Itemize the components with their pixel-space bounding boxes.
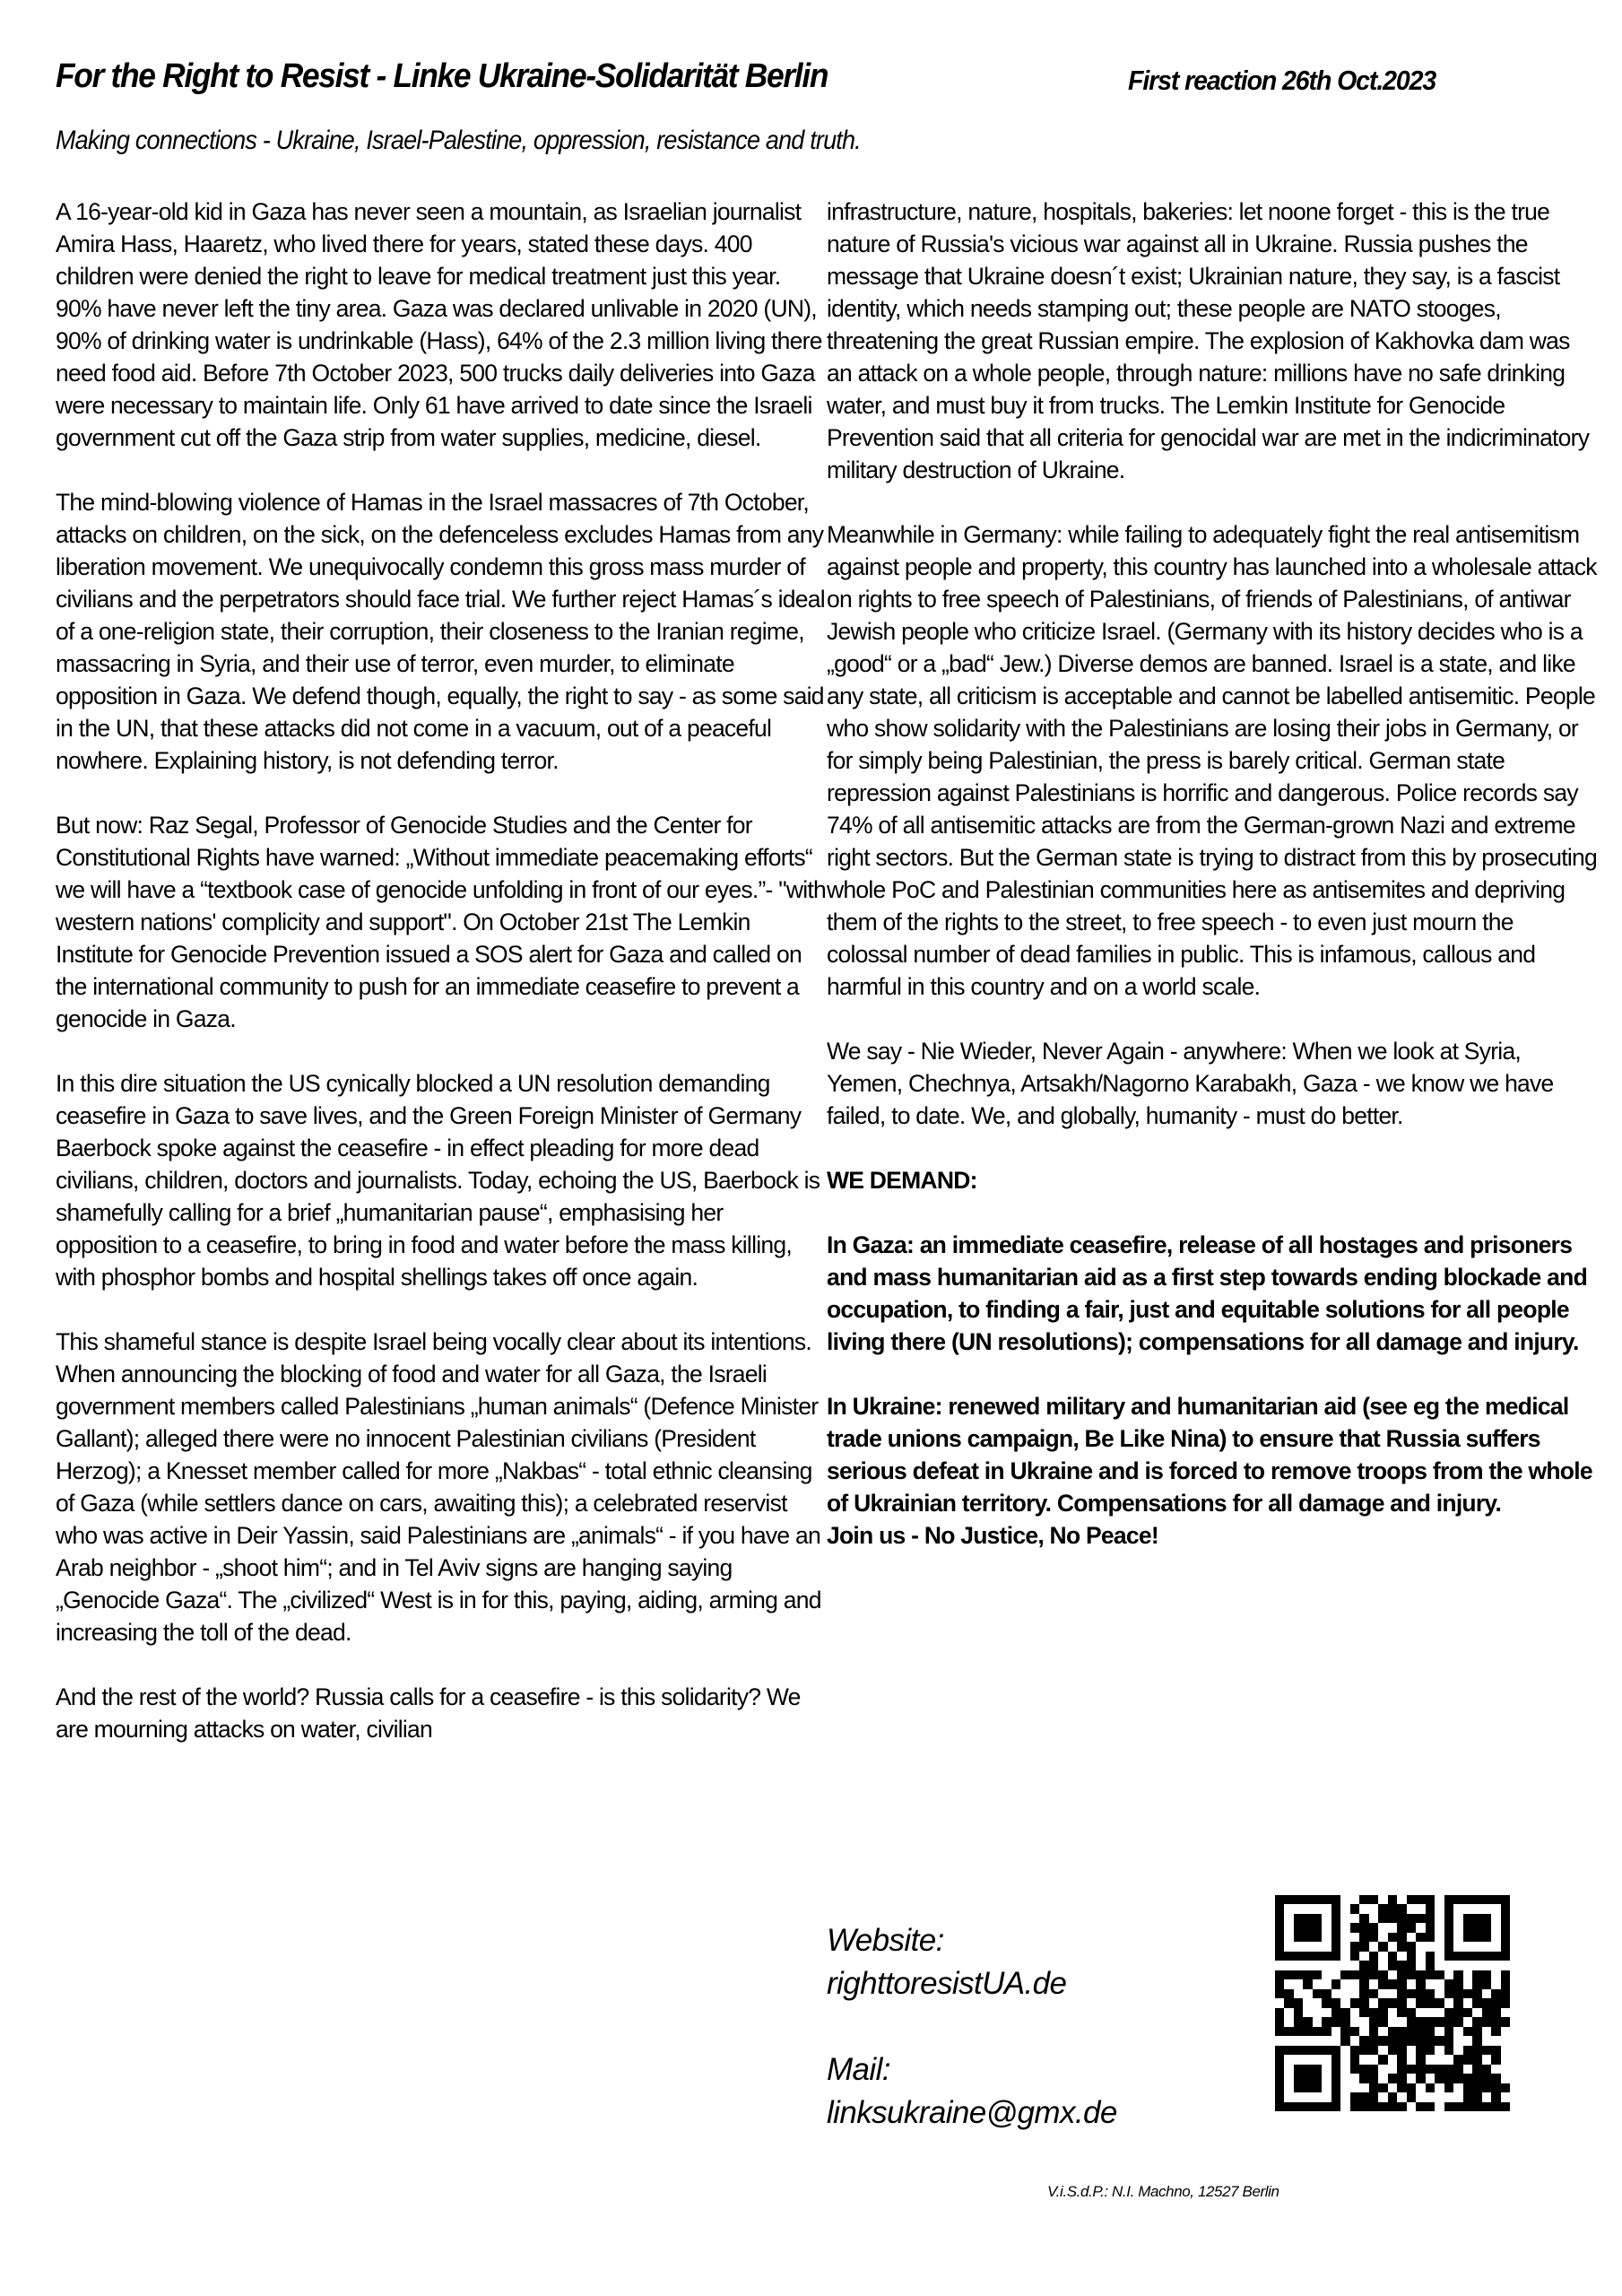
qr-module [1397, 1979, 1406, 1988]
qr-module [1369, 2083, 1378, 2092]
paragraph-russia-war: infrastructure, nature, hospitals, baker… [827, 196, 1598, 486]
qr-module [1378, 2027, 1387, 2036]
qr-module [1416, 2074, 1425, 2083]
qr-module [1472, 1933, 1481, 1942]
publication-date: First reaction 26th Oct.2023 [1128, 65, 1436, 97]
qr-module [1453, 2111, 1462, 2120]
qr-module [1284, 1942, 1293, 1951]
qr-module [1501, 2102, 1510, 2111]
qr-module [1482, 2008, 1491, 2017]
mail-link[interactable]: linksukraine@gmx.de [827, 2092, 1117, 2135]
qr-module [1388, 1952, 1397, 1961]
qr-module [1472, 1961, 1481, 1970]
page-subtitle: Making connections - Ukraine, Israel-Pal… [56, 126, 861, 156]
qr-module [1331, 2017, 1340, 2026]
qr-module [1275, 1914, 1284, 1923]
qr-module [1350, 2102, 1359, 2111]
qr-module [1463, 2083, 1472, 2092]
qr-module [1313, 2092, 1322, 2101]
qr-module [1444, 2074, 1453, 2083]
qr-module [1453, 2055, 1462, 2064]
qr-module [1303, 1933, 1312, 1942]
qr-module [1378, 2121, 1387, 2130]
qr-module [1350, 2083, 1359, 2092]
qr-module [1284, 2055, 1293, 2064]
qr-module [1284, 1979, 1293, 1988]
qr-module [1482, 1979, 1491, 1988]
qr-module [1359, 2092, 1368, 2101]
qr-module [1491, 2121, 1500, 2130]
qr-module [1463, 1904, 1472, 1913]
qr-module [1482, 1942, 1491, 1951]
qr-module [1303, 1923, 1312, 1932]
demand-ukraine: In Ukraine: renewed military and humanit… [827, 1390, 1598, 1519]
qr-module [1294, 1904, 1303, 1913]
qr-module [1463, 1933, 1472, 1942]
qr-module [1378, 2055, 1387, 2064]
qr-module [1435, 2046, 1444, 2055]
qr-module [1397, 2074, 1406, 2083]
qr-module [1369, 2027, 1378, 2036]
qr-module [1359, 1970, 1368, 1979]
qr-module [1388, 1989, 1397, 1998]
qr-module [1369, 2008, 1378, 2017]
qr-module [1369, 1952, 1378, 1961]
qr-module [1359, 2083, 1368, 2092]
qr-module [1501, 2111, 1510, 2120]
qr-module [1426, 1998, 1435, 2007]
qr-module [1453, 2102, 1462, 2111]
qr-module [1378, 2046, 1387, 2055]
qr-module [1378, 2065, 1387, 2074]
qr-module [1313, 2074, 1322, 2083]
qr-module [1472, 1923, 1481, 1932]
qr-module [1416, 2065, 1425, 2074]
qr-module [1340, 1952, 1349, 1961]
qr-module [1482, 1914, 1491, 1923]
qr-module [1378, 1942, 1387, 1951]
qr-module [1501, 2092, 1510, 2101]
qr-module [1303, 1979, 1312, 1988]
qr-module [1284, 2092, 1293, 2101]
qr-module [1350, 1952, 1359, 1961]
qr-module [1407, 2065, 1416, 2074]
qr-module [1491, 2046, 1500, 2055]
qr-module [1369, 2121, 1378, 2130]
qr-module [1369, 2092, 1378, 2101]
qr-module [1453, 2074, 1462, 2083]
qr-module [1472, 2065, 1481, 2074]
qr-module [1463, 2027, 1472, 2036]
qr-module [1388, 2121, 1397, 2130]
qr-module [1501, 2008, 1510, 2017]
qr-module [1444, 2027, 1453, 2036]
qr-module [1340, 1904, 1349, 1913]
qr-module [1359, 1904, 1368, 1913]
qr-module [1350, 2074, 1359, 2083]
qr-module [1275, 1895, 1284, 1904]
qr-module [1444, 2065, 1453, 2074]
qr-module [1378, 2036, 1387, 2045]
qr-module [1369, 1998, 1378, 2007]
qr-module [1472, 1952, 1481, 1961]
qr-module [1322, 1933, 1331, 1942]
contact-block: Website: righttoresistUA.de Mail: linksu… [827, 1919, 1117, 2135]
closing-slogan: Join us - No Justice, No Peace! [827, 1519, 1598, 1552]
qr-module [1472, 2036, 1481, 2045]
qr-module [1369, 2111, 1378, 2120]
qr-module [1491, 2092, 1500, 2101]
qr-module [1397, 2017, 1406, 2026]
qr-module [1322, 2046, 1331, 2055]
qr-module [1453, 1998, 1462, 2007]
qr-module [1340, 2083, 1349, 2092]
qr-module [1426, 2065, 1435, 2074]
qr-module [1388, 1961, 1397, 1970]
qr-module [1435, 2008, 1444, 2017]
qr-module [1284, 1952, 1293, 1961]
qr-module [1331, 2111, 1340, 2120]
qr-module [1340, 2036, 1349, 2045]
qr-module [1407, 1979, 1416, 1988]
qr-module [1331, 2065, 1340, 2074]
qr-module [1472, 2074, 1481, 2083]
qr-module [1435, 1933, 1444, 1942]
qr-module [1472, 1914, 1481, 1923]
qr-module [1407, 1923, 1416, 1932]
qr-module [1463, 1998, 1472, 2007]
qr-module [1472, 2046, 1481, 2055]
qr-module [1378, 1904, 1387, 1913]
qr-module [1322, 1979, 1331, 1988]
qr-module [1350, 1914, 1359, 1923]
qr-module [1275, 2027, 1284, 2036]
qr-module [1388, 1904, 1397, 1913]
qr-module [1397, 1904, 1406, 1913]
qr-module [1294, 1923, 1303, 1932]
qr-module [1463, 2102, 1472, 2111]
qr-module [1426, 2121, 1435, 2130]
qr-module [1407, 1942, 1416, 1951]
qr-module [1284, 2065, 1293, 2074]
qr-module [1275, 2074, 1284, 2083]
qr-module [1294, 1952, 1303, 1961]
qr-module [1322, 1998, 1331, 2007]
qr-module [1416, 1895, 1425, 1904]
qr-module [1463, 1914, 1472, 1923]
qr-module [1463, 1952, 1472, 1961]
qr-module [1397, 1895, 1406, 1904]
qr-module [1426, 1933, 1435, 1942]
qr-module [1359, 2111, 1368, 2120]
qr-module [1501, 2083, 1510, 2092]
qr-module [1313, 1933, 1322, 1942]
qr-module [1284, 2102, 1293, 2111]
qr-module [1284, 1923, 1293, 1932]
qr-module [1407, 2111, 1416, 2120]
qr-module [1482, 1895, 1491, 1904]
qr-module [1313, 2027, 1322, 2036]
qr-module [1303, 1942, 1312, 1951]
qr-module [1435, 2036, 1444, 2045]
qr-module [1472, 1942, 1481, 1951]
qr-module [1435, 2102, 1444, 2111]
qr-module [1501, 1961, 1510, 1970]
paragraph-rest-of-world: And the rest of the world? Russia calls … [56, 1681, 827, 1745]
qr-module [1407, 1998, 1416, 2007]
qr-module [1416, 2092, 1425, 2101]
qr-module [1482, 2055, 1491, 2064]
page-title: For the Right to Resist - Linke Ukraine-… [56, 57, 828, 96]
qr-module [1501, 1979, 1510, 1988]
qr-module [1388, 1998, 1397, 2007]
qr-module [1472, 2055, 1481, 2064]
paragraph-us-baerbock: In this dire situation the US cynically … [56, 1067, 827, 1293]
qr-module [1388, 2046, 1397, 2055]
qr-module [1369, 1914, 1378, 1923]
paragraph-hamas-condemnation: The mind-blowing violence of Hamas in th… [56, 486, 827, 777]
qr-module [1407, 1952, 1416, 1961]
qr-module [1435, 1989, 1444, 1998]
qr-module [1313, 2017, 1322, 2026]
qr-module [1359, 2036, 1368, 2045]
qr-module [1313, 2055, 1322, 2064]
qr-module [1444, 1989, 1453, 1998]
qr-module [1491, 1998, 1500, 2007]
qr-module [1397, 1961, 1406, 1970]
qr-module [1284, 2017, 1293, 2026]
qr-module [1340, 2046, 1349, 2055]
qr-module [1378, 2111, 1387, 2120]
qr-module [1482, 2036, 1491, 2045]
qr-module [1453, 1979, 1462, 1988]
qr-module [1491, 2008, 1500, 2017]
qr-module [1378, 1970, 1387, 1979]
qr-module [1435, 1914, 1444, 1923]
qr-module [1350, 2121, 1359, 2130]
qr-module [1416, 1904, 1425, 1913]
qr-module [1322, 1904, 1331, 1913]
qr-module [1275, 2046, 1284, 2055]
qr-module [1416, 2008, 1425, 2017]
qr-module [1463, 2065, 1472, 2074]
qr-module [1472, 2111, 1481, 2120]
qr-module [1463, 2008, 1472, 2017]
qr-module [1369, 1961, 1378, 1970]
qr-module [1388, 2027, 1397, 2036]
qr-module [1275, 2065, 1284, 2074]
qr-module [1407, 1961, 1416, 1970]
qr-module [1359, 1923, 1368, 1932]
qr-module [1331, 2092, 1340, 2101]
qr-module [1378, 2008, 1387, 2017]
qr-module [1444, 2008, 1453, 2017]
qr-module [1482, 1933, 1491, 1942]
qr-module [1482, 2065, 1491, 2074]
qr-module [1359, 1961, 1368, 1970]
qr-module [1284, 1961, 1293, 1970]
demands-heading: WE DEMAND: [827, 1164, 1598, 1196]
qr-module [1294, 2027, 1303, 2036]
qr-module [1322, 2074, 1331, 2083]
qr-module [1369, 2055, 1378, 2064]
qr-module [1482, 2121, 1491, 2130]
qr-module [1491, 1895, 1500, 1904]
qr-module [1435, 1961, 1444, 1970]
qr-module [1359, 1979, 1368, 1988]
qr-module [1388, 2111, 1397, 2120]
qr-module [1284, 2008, 1293, 2017]
qr-module [1294, 2074, 1303, 2083]
qr-module [1397, 2121, 1406, 2130]
qr-module [1378, 1923, 1387, 1932]
qr-module [1378, 2017, 1387, 2026]
qr-module [1491, 1952, 1500, 1961]
qr-module [1313, 2102, 1322, 2111]
qr-module [1359, 1914, 1368, 1923]
qr-module [1416, 2027, 1425, 2036]
qr-module [1275, 1961, 1284, 1970]
qr-module [1313, 1970, 1322, 1979]
qr-module [1407, 1914, 1416, 1923]
qr-module [1435, 2083, 1444, 2092]
qr-module [1501, 1904, 1510, 1913]
qr-module [1482, 2017, 1491, 2026]
qr-module [1397, 1933, 1406, 1942]
qr-module [1501, 2027, 1510, 2036]
qr-module [1331, 2036, 1340, 2045]
qr-module [1501, 2055, 1510, 2064]
qr-module [1501, 1914, 1510, 1923]
qr-module [1340, 1914, 1349, 1923]
qr-module [1359, 2102, 1368, 2111]
qr-module [1369, 1904, 1378, 1913]
qr-module [1303, 1970, 1312, 1979]
qr-module [1350, 2046, 1359, 2055]
qr-module [1491, 1914, 1500, 1923]
qr-module [1340, 2065, 1349, 2074]
qr-module [1416, 2121, 1425, 2130]
qr-module [1444, 2121, 1453, 2130]
qr-module [1435, 1895, 1444, 1904]
qr-module [1359, 1942, 1368, 1951]
qr-module [1426, 2074, 1435, 2083]
qr-module [1426, 1989, 1435, 1998]
qr-module [1416, 1970, 1425, 1979]
qr-module [1491, 1933, 1500, 1942]
qr-module [1501, 1933, 1510, 1942]
qr-module [1388, 2008, 1397, 2017]
qr-module [1340, 2008, 1349, 2017]
qr-module [1491, 2027, 1500, 2036]
qr-module [1284, 2046, 1293, 2055]
qr-module [1350, 1942, 1359, 1951]
qr-module [1501, 1895, 1510, 1904]
qr-module [1472, 1895, 1481, 1904]
qr-module [1463, 2074, 1472, 2083]
qr-module [1322, 1895, 1331, 1904]
qr-module [1275, 2083, 1284, 2092]
qr-module [1369, 1942, 1378, 1951]
qr-module [1340, 2111, 1349, 2120]
qr-module [1453, 2017, 1462, 2026]
qr-module [1397, 1989, 1406, 1998]
qr-module [1444, 1914, 1453, 1923]
qr-module [1275, 1904, 1284, 1913]
qr-module [1501, 2036, 1510, 2045]
qr-module [1322, 1970, 1331, 1979]
qr-module [1313, 1942, 1322, 1951]
qr-module [1407, 1989, 1416, 1998]
qr-module [1426, 2017, 1435, 2026]
qr-module [1340, 1998, 1349, 2007]
qr-module [1331, 2074, 1340, 2083]
qr-module [1444, 2017, 1453, 2026]
qr-module [1322, 1923, 1331, 1932]
qr-module [1303, 2111, 1312, 2120]
qr-module [1444, 1942, 1453, 1951]
qr-module [1303, 2036, 1312, 2045]
qr-module [1350, 1998, 1359, 2007]
qr-module [1397, 2046, 1406, 2055]
website-link[interactable]: righttoresistUA.de [827, 1962, 1117, 2005]
qr-module [1435, 2111, 1444, 2120]
qr-module [1444, 1970, 1453, 1979]
qr-module [1444, 1933, 1453, 1942]
qr-module [1416, 1923, 1425, 1932]
qr-module [1331, 2055, 1340, 2064]
qr-module [1378, 1979, 1387, 1988]
qr-module [1453, 1989, 1462, 1998]
qr-module [1407, 2008, 1416, 2017]
qr-module [1303, 2065, 1312, 2074]
qr-module [1284, 2036, 1293, 2045]
qr-module [1491, 1979, 1500, 1988]
paragraph-gaza-conditions: A 16-year-old kid in Gaza has never seen… [56, 196, 827, 454]
qr-module [1340, 2102, 1349, 2111]
qr-module [1482, 2102, 1491, 2111]
qr-module [1303, 2092, 1312, 2101]
qr-module [1416, 1914, 1425, 1923]
qr-module [1331, 1895, 1340, 1904]
qr-module [1378, 1961, 1387, 1970]
qr-module [1294, 1895, 1303, 1904]
qr-module [1331, 2102, 1340, 2111]
qr-module [1340, 1895, 1349, 1904]
qr-module [1482, 2083, 1491, 2092]
qr-module [1416, 1952, 1425, 1961]
qr-module [1491, 1970, 1500, 1979]
qr-module [1331, 1952, 1340, 1961]
qr-module [1284, 1895, 1293, 1904]
qr-module [1303, 2083, 1312, 2092]
qr-module [1340, 2027, 1349, 2036]
qr-module [1397, 1970, 1406, 1979]
qr-module [1284, 1933, 1293, 1942]
qr-module [1435, 2017, 1444, 2026]
qr-module [1313, 2065, 1322, 2074]
qr-module [1463, 2046, 1472, 2055]
qr-module [1294, 1979, 1303, 1988]
qr-module [1472, 2017, 1481, 2026]
qr-module [1275, 2092, 1284, 2101]
qr-module [1453, 1933, 1462, 1942]
qr-module [1407, 2092, 1416, 2101]
qr-module [1491, 2065, 1500, 2074]
qr-module [1482, 1961, 1491, 1970]
qr-module [1435, 1970, 1444, 1979]
qr-module [1275, 2111, 1284, 2120]
